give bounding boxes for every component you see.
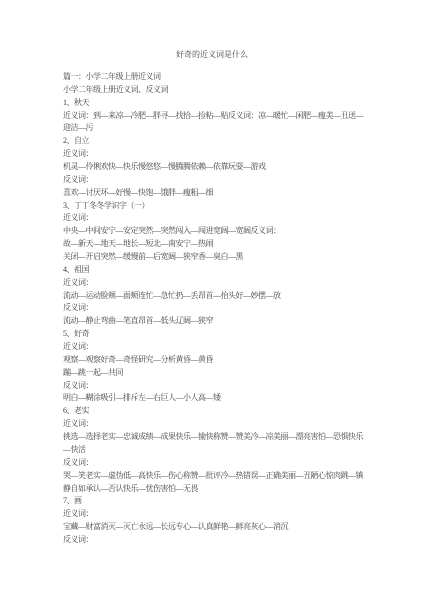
document-page: 好奇的近义词是什么 篇一：小学二年级上册近义词小学二年级上册近义词、反义词1、秋… <box>0 0 424 600</box>
text-line: 近义词： <box>63 212 383 225</box>
text-line: 反义词： <box>63 534 383 547</box>
text-line: 近义词：到—来凉—冷肥—胖寻—找拾—捡粘—贴反义词：凉—暖忙—闲肥—瘦美—丑送— <box>63 110 383 123</box>
text-line: 反义词： <box>63 302 383 315</box>
text-line: 近义词： <box>63 277 383 290</box>
text-line: 静自如承认—否认快乐—忧伤害怕—无畏 <box>63 483 383 496</box>
text-line: 反义词： <box>63 457 383 470</box>
text-line: 迎洁—污 <box>63 122 383 135</box>
text-line: 1、秋天 <box>63 97 383 110</box>
text-line: 4、祖国 <box>63 264 383 277</box>
text-line: 宝藏—财富消灭—灭亡永远—长远专心—认真鲜艳—鲜亮灰心—消沉 <box>63 521 383 534</box>
text-line: 5、好奇 <box>63 328 383 341</box>
text-line: 关闭—开启突然—缓慢前—后宽阔—狭窄香—臭白—黑 <box>63 251 383 264</box>
page-title: 好奇的近义词是什么 <box>0 49 424 60</box>
text-line: 近义词： <box>63 418 383 431</box>
text-line: 机灵—伶俐欢快—快乐慢悠悠—慢腾腾依赖—依靠玩耍—游戏 <box>63 161 383 174</box>
text-line: 3、丁丁冬冬学识字（一） <box>63 200 383 213</box>
text-line: 篇一：小学二年级上册近义词 <box>63 71 383 84</box>
document-body: 篇一：小学二年级上册近义词小学二年级上册近义词、反义词1、秋天近义词：到—来凉—… <box>63 71 383 547</box>
text-line: 近义词： <box>63 341 383 354</box>
text-line: 观察—观察好奇—奇怪研究—分析黄昏—黄昏 <box>63 354 383 367</box>
text-line: 挑选—选择老实—忠诚成绩—成果快乐—愉快称赞—赞美冷—凉美丽—漂亮害怕—恐惧快乐 <box>63 431 383 444</box>
text-line: 蹦—跳一起—共同 <box>63 367 383 380</box>
text-line: 流动—运动脸颊—面颊连忙—急忙扔—丢昂首—抬头好—妙摆—放 <box>63 290 383 303</box>
text-line: 故—新天—地天—地长—短北—南安宁—热闹 <box>63 238 383 251</box>
text-line: 反义词： <box>63 174 383 187</box>
text-line: 哭—笑老实—虚伪低—高快乐—伤心称赞—批评冷—热错误—正确美丽—丑陋心惊肉跳—镇 <box>63 470 383 483</box>
text-line: 2、自立 <box>63 135 383 148</box>
text-line: 中央—中间安宁—安定突然—突然闯入—闯进宽阔—宽阔反义词： <box>63 225 383 238</box>
text-line: 明白—糊涂吸引—排斥左—右巨人—小人高—矮 <box>63 392 383 405</box>
text-line: 小学二年级上册近义词、反义词 <box>63 84 383 97</box>
text-line: —快活 <box>63 444 383 457</box>
text-line: 流动—静止弯曲—笔直昂首—低头辽阔—狭窄 <box>63 315 383 328</box>
text-line: 7、画 <box>63 495 383 508</box>
text-line: 喜欢—讨厌坏—好慢—快饱—饿胖—瘦粗—细 <box>63 187 383 200</box>
text-line: 反义词： <box>63 380 383 393</box>
text-line: 近义词： <box>63 508 383 521</box>
text-line: 6、老实 <box>63 405 383 418</box>
text-line: 近义词： <box>63 148 383 161</box>
